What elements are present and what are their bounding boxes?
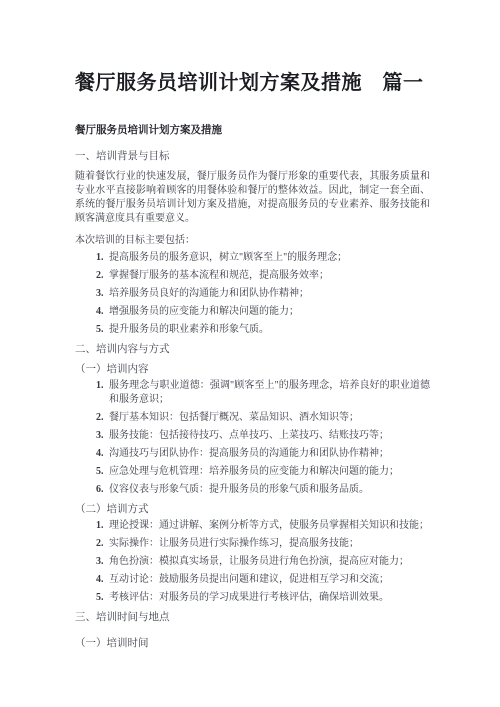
- list-item: 理论授课：通过讲解、案例分析等方式，使服务员掌握相关知识和技能；: [106, 519, 430, 533]
- sub-heading-method: （二）培训方式: [75, 503, 430, 517]
- intro-paragraph: 随着餐饮行业的快速发展，餐厅服务员作为餐厅形象的重要代表，其服务质量和专业水平直…: [75, 170, 430, 226]
- list-item: 互动讨论：鼓励服务员提出问题和建议，促进相互学习和交流；: [106, 573, 430, 587]
- list-item: 角色扮演：模拟真实场景，让服务员进行角色扮演，提高应对能力；: [106, 555, 430, 569]
- list-item: 实际操作：让服务员进行实际操作练习，提高服务技能；: [106, 537, 430, 551]
- list-item: 增强服务员的应变能力和解决问题的能力；: [106, 305, 430, 319]
- section-content-method: 二、培训内容与方式 （一）培训内容 服务理念与职业道德：强调"顾客至上"的服务理…: [75, 343, 430, 605]
- sub-heading-content: （一）培训内容: [75, 363, 430, 377]
- list-item: 服务技能：包括接待技巧、点单技巧、上菜技巧、结账技巧等；: [106, 429, 430, 443]
- list-item: 服务理念与职业道德：强调"顾客至上"的服务理念，培养良好的职业道德和服务意识；: [106, 379, 430, 407]
- section-heading: 三、培训时间与地点: [75, 611, 430, 625]
- goals-lead: 本次培训的目标主要包括：: [75, 234, 430, 248]
- section-heading: 二、培训内容与方式: [75, 343, 430, 357]
- list-item: 餐厅基本知识：包括餐厅概况、菜品知识、酒水知识等；: [106, 411, 430, 425]
- list-item: 应急处理与危机管理：培养服务员的应变能力和解决问题的能力；: [106, 465, 430, 479]
- list-item: 培养服务员良好的沟通能力和团队协作精神；: [106, 287, 430, 301]
- section-background-goals: 一、培训背景与目标 随着餐饮行业的快速发展，餐厅服务员作为餐厅形象的重要代表，其…: [75, 150, 430, 337]
- list-item: 提升服务员的职业素养和形象气质。: [106, 323, 430, 337]
- content-list: 服务理念与职业道德：强调"顾客至上"的服务理念，培养良好的职业道德和服务意识； …: [75, 379, 430, 497]
- list-item: 掌握餐厅服务的基本流程和规范，提高服务效率；: [106, 269, 430, 283]
- section-time-place: 三、培训时间与地点 （一）培训时间: [75, 611, 430, 651]
- doc-title: 餐厅服务员培训计划方案及措施 篇一: [75, 70, 430, 96]
- list-item: 考核评估：对服务员的学习成果进行考核评估，确保培训效果。: [106, 591, 430, 605]
- doc-subtitle: 餐厅服务员培训计划方案及措施: [75, 124, 430, 137]
- list-item: 沟通技巧与团队协作：提高服务员的沟通能力和团队协作精神；: [106, 447, 430, 461]
- sub-heading-time: （一）培训时间: [75, 637, 430, 651]
- method-list: 理论授课：通过讲解、案例分析等方式，使服务员掌握相关知识和技能； 实际操作：让服…: [75, 519, 430, 605]
- list-item: 提高服务员的服务意识，树立"顾客至上"的服务理念；: [106, 251, 430, 265]
- goals-list: 提高服务员的服务意识，树立"顾客至上"的服务理念； 掌握餐厅服务的基本流程和规范…: [75, 251, 430, 337]
- list-item: 仪容仪表与形象气质：提升服务员的形象气质和服务品质。: [106, 483, 430, 497]
- section-heading: 一、培训背景与目标: [75, 150, 430, 164]
- document-page: 餐厅服务员培训计划方案及措施 篇一 餐厅服务员培训计划方案及措施 一、培训背景与…: [0, 0, 500, 707]
